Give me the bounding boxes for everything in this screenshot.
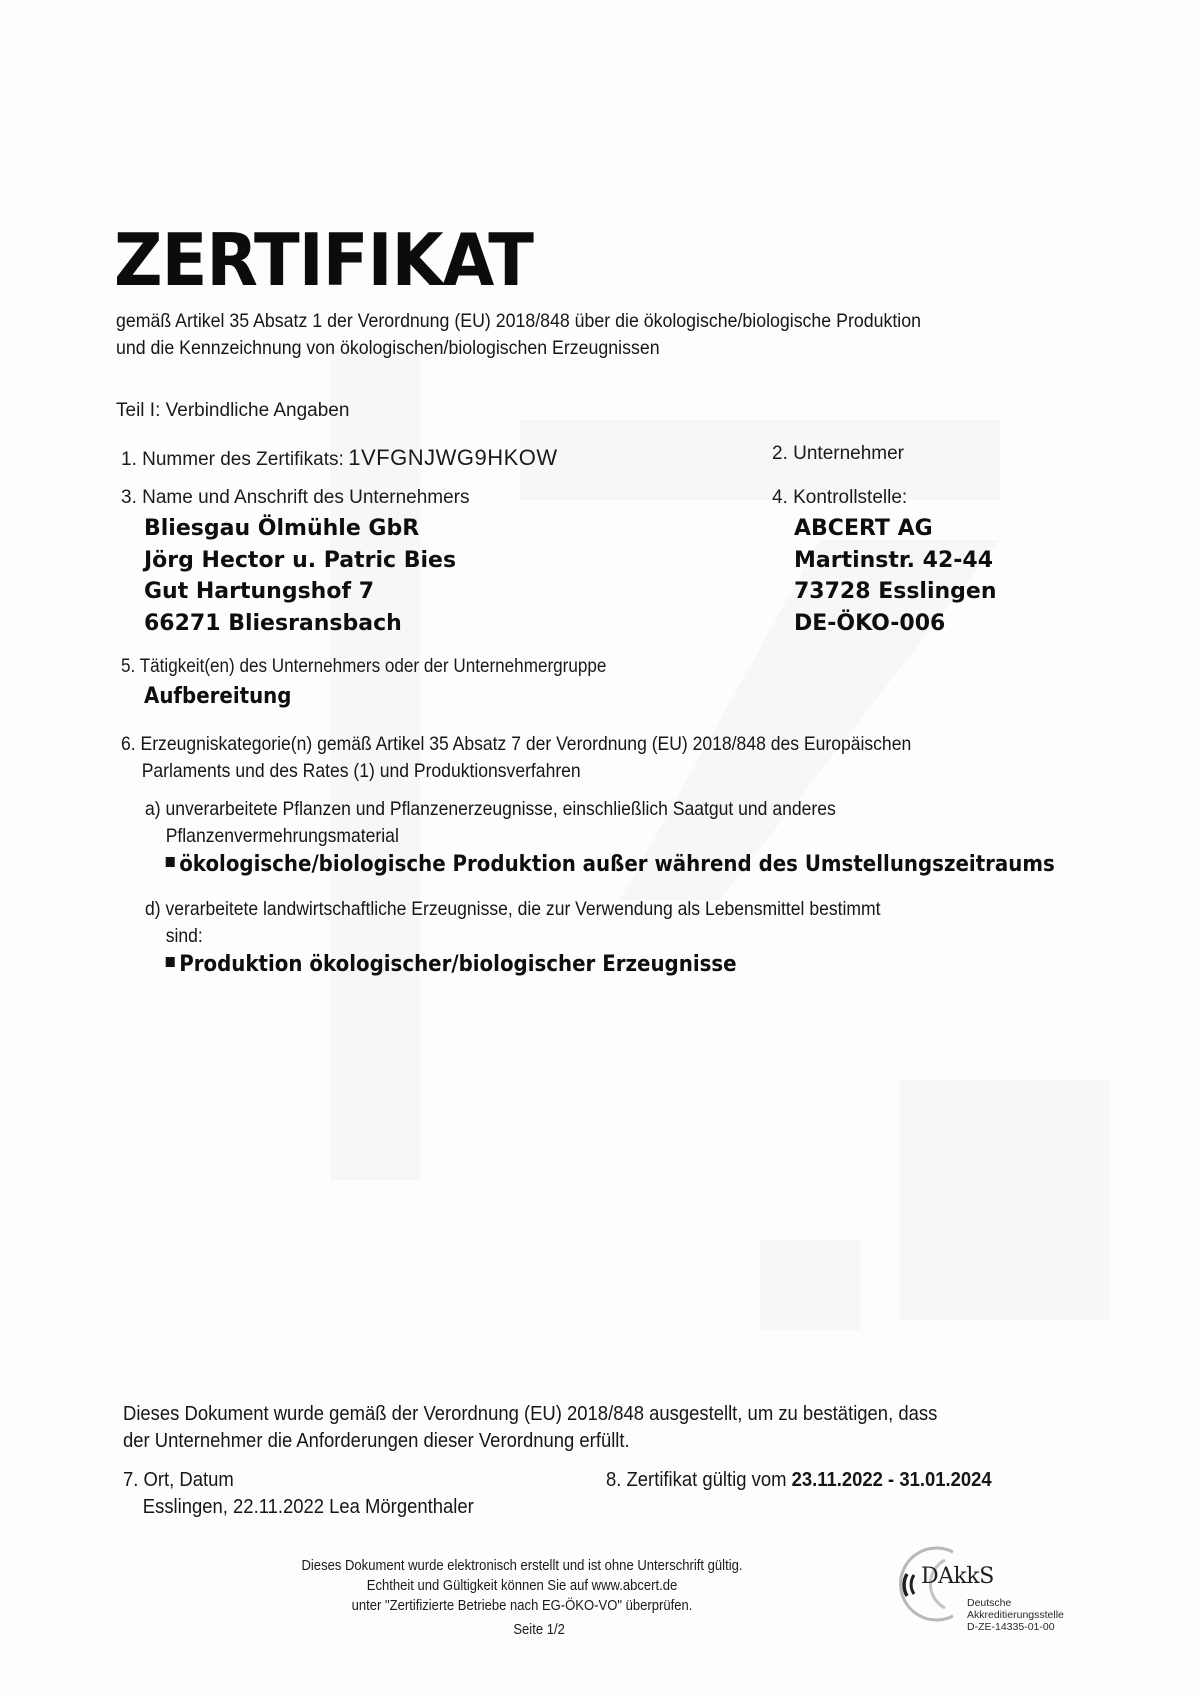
- category-a-line: Pflanzenvermehrungsmaterial: [145, 823, 1055, 850]
- page-title: ZERTIFIKAT: [114, 218, 533, 302]
- certificate-number-value: 1VFGNJWG9HKOW: [348, 445, 557, 470]
- operator-persons: Jörg Hector u. Patric Bies: [144, 545, 456, 577]
- category-a-method-text: ökologische/biologische Produktion außer…: [179, 852, 1055, 877]
- place-date: 7. Ort, Datum Esslingen, 22.11.2022 Lea …: [123, 1466, 474, 1520]
- operator-street: Gut Hartungshof 7: [144, 576, 456, 608]
- product-category-label-line: 6. Erzeugniskategorie(n) gemäß Artikel 3…: [121, 731, 911, 758]
- dakks-wordmark: DAkkS: [921, 1564, 994, 1589]
- validity-period: 23.11.2022 - 31.01.2024: [792, 1468, 992, 1491]
- validity: 8. Zertifikat gültig vom 23.11.2022 - 31…: [606, 1466, 992, 1493]
- operator-address-label: 3. Name und Anschrift des Unternehmers: [121, 487, 470, 509]
- part-heading: Teil I: Verbindliche Angaben: [116, 400, 349, 422]
- footer-line: unter "Zertifizierte Betriebe nach EG-ÖK…: [270, 1596, 774, 1616]
- field-certificate-number: 1. Nummer des Zertifikats: 1VFGNJWG9HKOW: [121, 445, 558, 471]
- category-d-line: d) verarbeitete landwirtschaftliche Erze…: [145, 896, 881, 923]
- control-body-name: ABCERT AG: [794, 513, 997, 545]
- square-bullet-icon: [166, 957, 175, 967]
- control-body-address: ABCERT AG Martinstr. 42-44 73728 Essling…: [794, 513, 997, 639]
- category-a-method: ökologische/biologische Produktion außer…: [145, 851, 1055, 878]
- dakks-accreditation-number: D-ZE-14335-01-00: [967, 1621, 1055, 1634]
- footer-line: Echtheit und Gültigkeit können Sie auf w…: [270, 1576, 774, 1596]
- operator-name: Bliesgau Ölmühle GbR: [144, 513, 456, 545]
- place-date-value: Esslingen, 22.11.2022 Lea Mörgenthaler: [123, 1493, 474, 1520]
- activity-value: Aufbereitung: [144, 684, 291, 709]
- place-date-label: 7. Ort, Datum: [123, 1466, 474, 1493]
- footer-note: Dieses Dokument wurde elektronisch erste…: [270, 1556, 774, 1640]
- validity-label: 8. Zertifikat gültig vom: [606, 1468, 792, 1491]
- statement-line: der Unternehmer die Anforderungen dieser…: [123, 1427, 937, 1454]
- subtitle: gemäß Artikel 35 Absatz 1 der Verordnung…: [116, 308, 921, 362]
- page-number: Seite 1/2: [270, 1620, 774, 1640]
- operator-city: 66271 Bliesransbach: [144, 608, 456, 640]
- category-d-method: Produktion ökologischer/biologischer Erz…: [145, 951, 881, 978]
- category-d-method-text: Produktion ökologischer/biologischer Erz…: [179, 952, 736, 977]
- product-category-label: 6. Erzeugniskategorie(n) gemäß Artikel 3…: [121, 731, 911, 785]
- subtitle-line: und die Kennzeichnung von ökologischen/b…: [116, 335, 921, 362]
- dakks-line: Akkreditierungsstelle: [967, 1609, 1064, 1622]
- conformity-statement: Dieses Dokument wurde gemäß der Verordnu…: [123, 1400, 937, 1454]
- activity-label: 5. Tätigkeit(en) des Unternehmers oder d…: [121, 656, 606, 678]
- square-bullet-icon: [166, 857, 175, 867]
- category-a: a) unverarbeitete Pflanzen und Pflanzene…: [145, 796, 1055, 878]
- control-body-code: DE-ÖKO-006: [794, 608, 997, 640]
- product-category-label-line: Parlaments und des Rates (1) und Produkt…: [121, 758, 911, 785]
- dakks-accreditation-logo: DAkkS Deutsche Akkreditierungsstelle D-Z…: [895, 1540, 1095, 1640]
- operator-address: Bliesgau Ölmühle GbR Jörg Hector u. Patr…: [144, 513, 456, 639]
- control-body-label: 4. Kontrollstelle:: [772, 487, 907, 509]
- control-body-street: Martinstr. 42-44: [794, 545, 997, 577]
- certificate-number-label: 1. Nummer des Zertifikats:: [121, 449, 344, 470]
- dakks-line: Deutsche: [967, 1597, 1011, 1610]
- control-body-city: 73728 Esslingen: [794, 576, 997, 608]
- category-d-line: sind:: [145, 923, 881, 950]
- field-operator-label: 2. Unternehmer: [772, 443, 904, 465]
- statement-line: Dieses Dokument wurde gemäß der Verordnu…: [123, 1400, 937, 1427]
- category-a-line: a) unverarbeitete Pflanzen und Pflanzene…: [145, 796, 1055, 823]
- category-d: d) verarbeitete landwirtschaftliche Erze…: [145, 896, 881, 978]
- footer-line: Dieses Dokument wurde elektronisch erste…: [270, 1556, 774, 1576]
- subtitle-line: gemäß Artikel 35 Absatz 1 der Verordnung…: [116, 308, 921, 335]
